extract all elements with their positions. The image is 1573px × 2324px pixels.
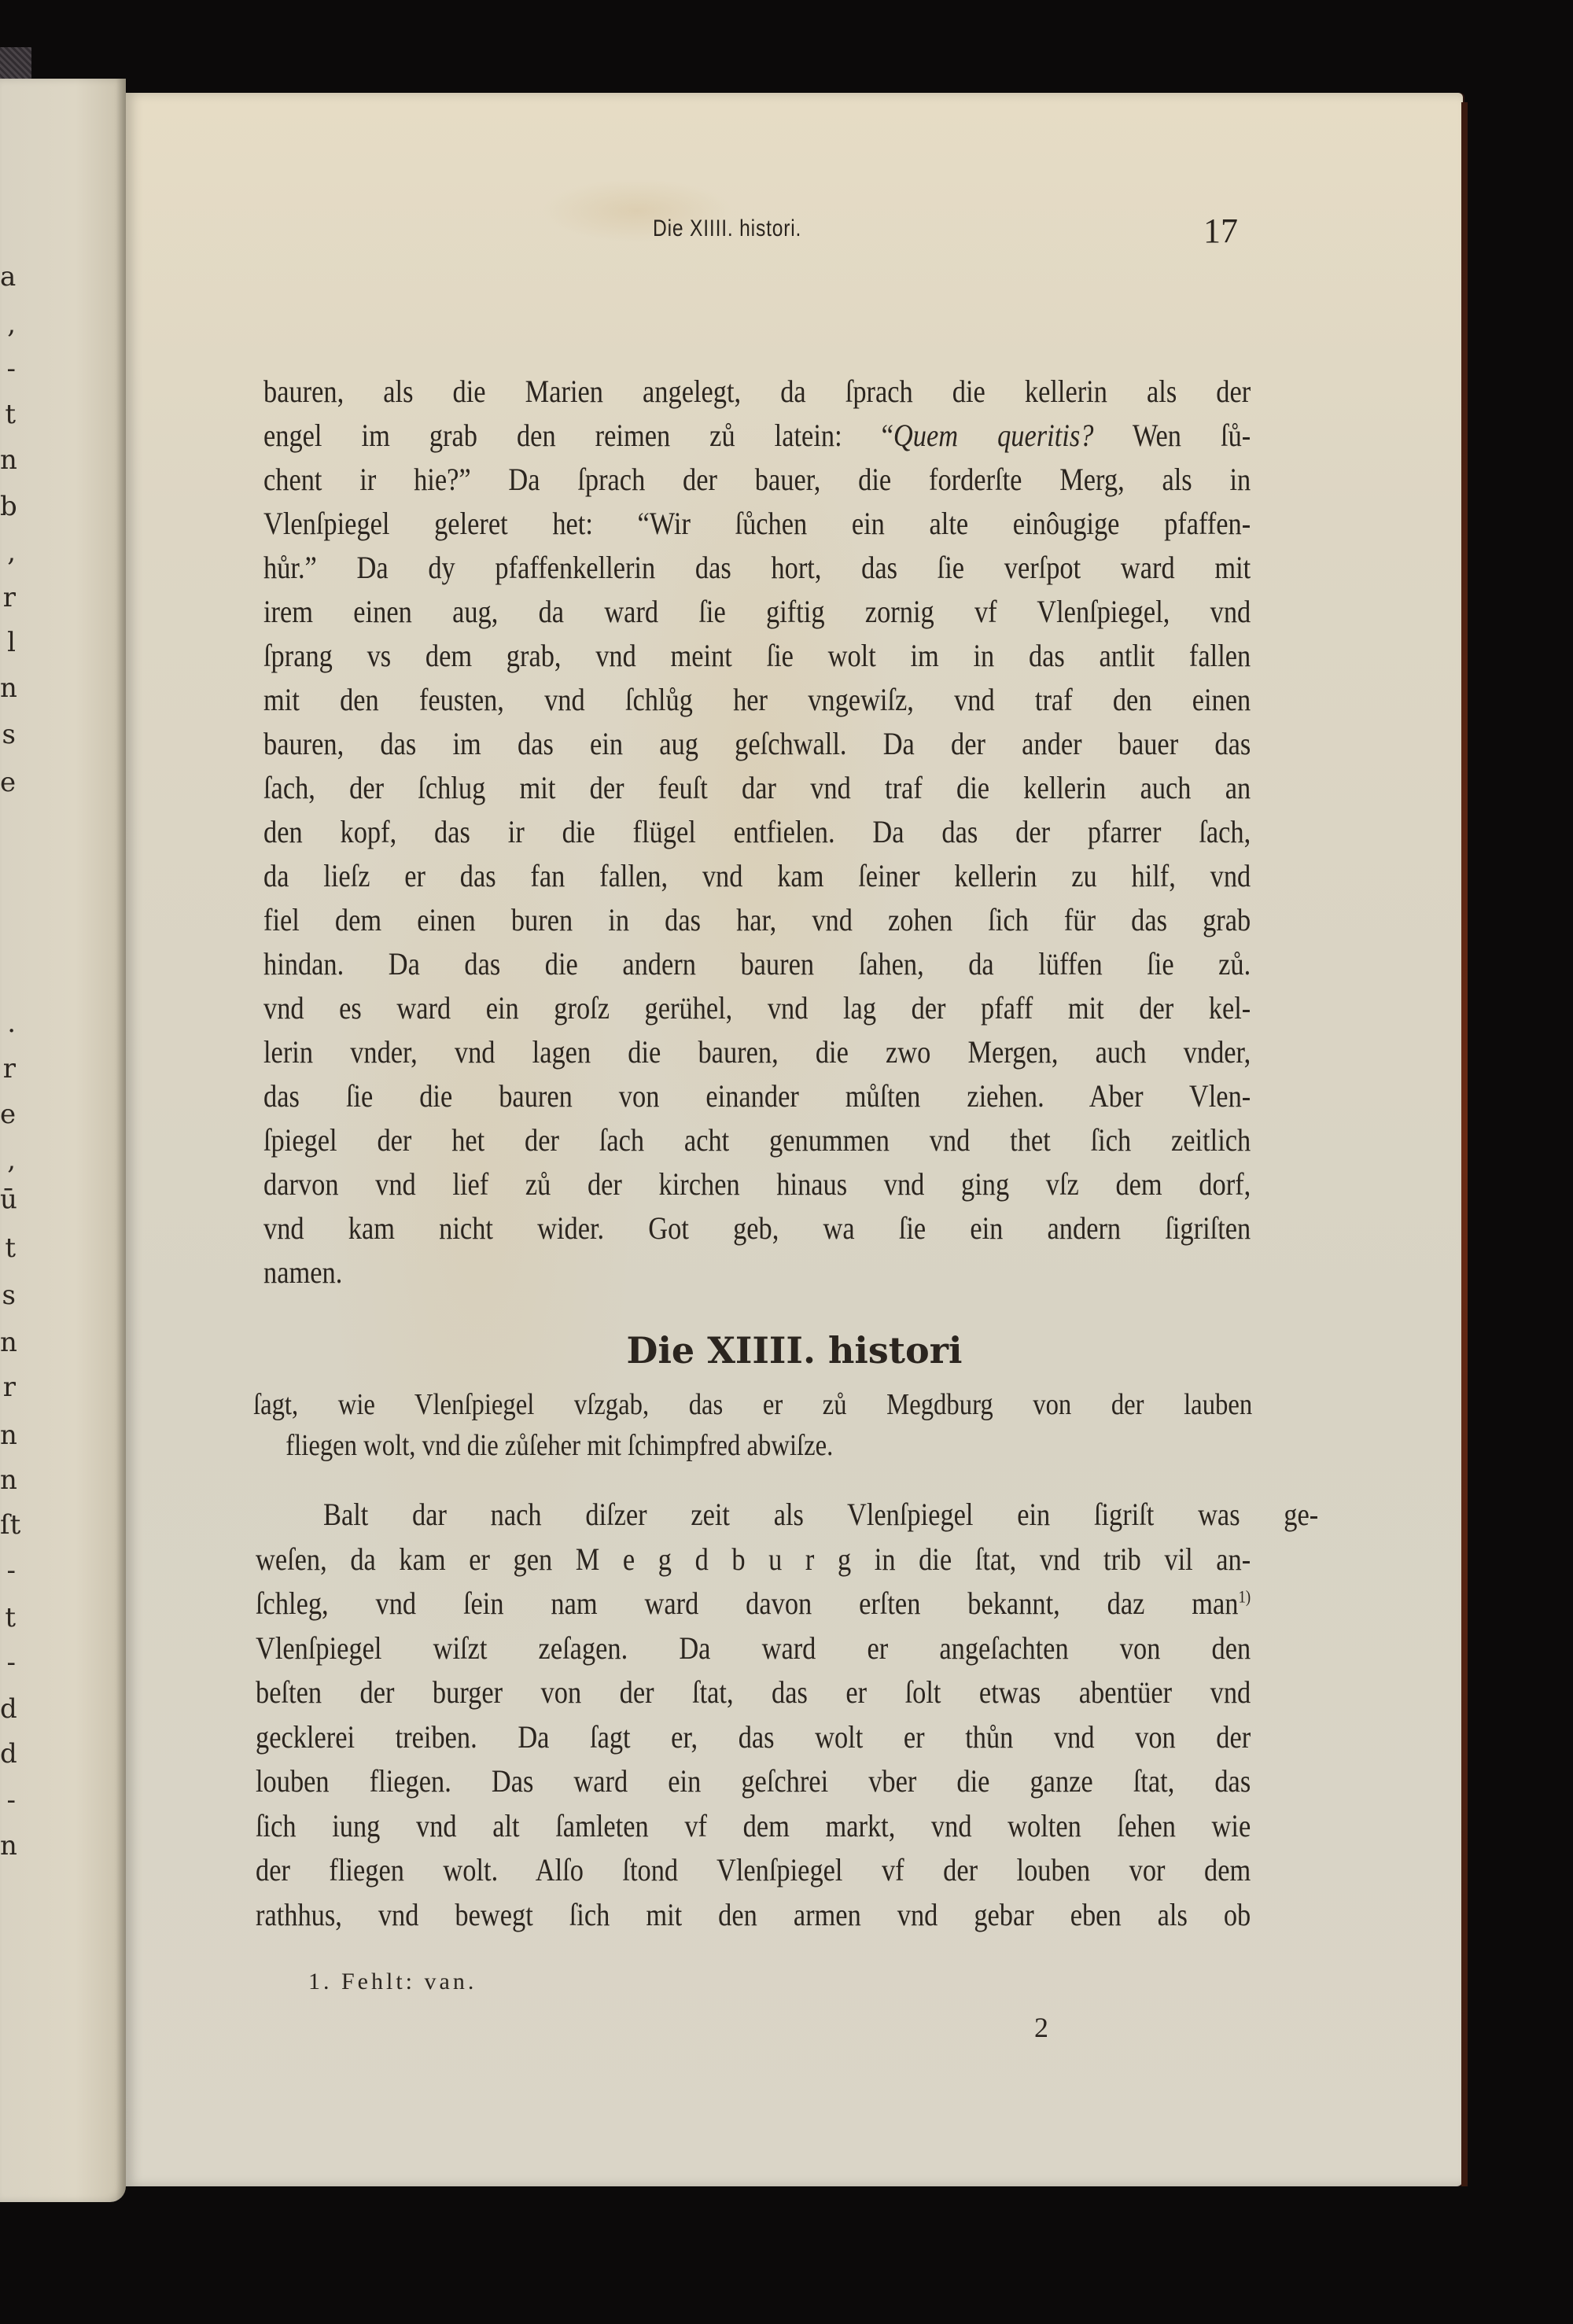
chapter-heading: Die XIIII. histori [126, 1329, 1463, 1372]
text-line: vnd es ward ein groſz gerühel, vnd lag d… [263, 986, 1251, 1030]
previous-page-fragment: r [0, 584, 16, 611]
footnote: 1. Fehlt: van. [308, 1969, 477, 1995]
previous-page-fragment: . [0, 1010, 16, 1037]
paragraph-2: Balt dar nach diſzer zeit als Vlenſpiege… [256, 1493, 1251, 1937]
previous-page-edge: a,-tnb,rlnse.re,ūtsnrnnſt-t-dd-n [0, 79, 126, 2202]
previous-page-fragment: n [0, 447, 16, 473]
previous-page-fragment: s [0, 721, 16, 748]
text-line: louben fliegen. Das ward ein geſchrei vb… [256, 1759, 1251, 1804]
text-line: mit den feusten, vnd ſchlůg her vngewiſz… [263, 678, 1251, 722]
text-line: namen. [263, 1250, 1251, 1295]
footnote-reference: 1) [1238, 1587, 1251, 1607]
text-line: der fliegen wolt. Alſo ſtond Vlenſpiegel… [256, 1848, 1251, 1893]
text-line: Vlenſpiegel geleret het: “Wir ſůchen ein… [263, 502, 1251, 546]
text-line: bauren, das im das ein aug geſchwall. Da… [263, 722, 1251, 766]
text-line-content: ſchleg, vnd ſein nam ward davon erſten b… [256, 1586, 1238, 1621]
text-line: ſpiegel der het der ſach acht genummen v… [263, 1118, 1251, 1162]
text-line: bauren, als die Marien angelegt, da ſpra… [263, 370, 1251, 414]
previous-page-fragment: t [0, 1235, 16, 1261]
text-line: ſchleg, vnd ſein nam ward davon erſten b… [256, 1582, 1251, 1626]
previous-page-fragment: ſt [0, 1512, 16, 1538]
text-line: vnd kam nicht wider. Got geb, wa ſie ein… [263, 1206, 1251, 1250]
summary-line: fliegen wolt, vnd die zůſeher mit ſchimp… [253, 1425, 1285, 1466]
page-edge [1461, 102, 1468, 2186]
text-line: lerin vnder, vnd lagen die bauren, die z… [263, 1030, 1251, 1074]
previous-page-fragment: t [0, 1604, 16, 1631]
text-line: den kopf, das ir die flügel entfielen. D… [263, 810, 1251, 854]
text-line: ſich iung vnd alt ſamleten vf dem markt,… [256, 1804, 1251, 1849]
previous-page-fragment: b [0, 493, 16, 520]
text-line: fiel dem einen buren in das har, vnd zoh… [263, 898, 1251, 942]
text-line: chent ir hie?” Da ſprach der bauer, die … [263, 458, 1251, 502]
previous-page-fragment: d [0, 1696, 16, 1722]
text-line: das ſie die bauren von einander můſten z… [263, 1074, 1251, 1118]
previous-page-fragment: t [0, 401, 16, 428]
text-line: rathhus, vnd bewegt ſich mit den armen v… [256, 1893, 1251, 1938]
previous-page-fragment: e [0, 1101, 16, 1128]
previous-page-fragment: n [0, 1467, 16, 1493]
text-line: hůr.” Da dy pfaffenkellerin das hort, da… [263, 546, 1251, 590]
previous-page-fragment: n [0, 1422, 16, 1449]
signature-mark: 2 [1034, 2011, 1048, 2044]
previous-page-fragment: e [0, 769, 16, 796]
text-line: ſprang vs dem grab, vnd meint ſie wolt i… [263, 634, 1251, 678]
text-line: irem einen aug, da ward ſie giftig zorni… [263, 590, 1251, 634]
text-line: engel im grab den reimen zů latein: “Que… [263, 414, 1251, 458]
previous-page-fragment: n [0, 1832, 16, 1859]
previous-page-fragment: s [0, 1282, 16, 1309]
previous-page-fragment: , [0, 311, 16, 337]
previous-page-fragment: - [0, 355, 16, 382]
previous-page-fragment: r [0, 1055, 16, 1082]
previous-page-fragment: a [0, 263, 16, 290]
running-head-title: Die XIIII. histori. [653, 215, 801, 242]
text-line: gecklerei treiben. Da ſagt er, das wolt … [256, 1715, 1251, 1760]
previous-page-fragment: r [0, 1374, 16, 1401]
previous-page-fragment: ū [0, 1186, 16, 1213]
text-line: beſten der burger von der ſtat, das er ſ… [256, 1670, 1251, 1715]
previous-page-fragment: n [0, 1329, 16, 1356]
previous-page-fragment: d [0, 1740, 16, 1767]
previous-page-fragment: n [0, 675, 16, 702]
chapter-summary: ſagt, wie Vlenſpiegel vſzgab, das er zů … [253, 1384, 1252, 1466]
page-number: 17 [1203, 211, 1238, 251]
text-line: Vlenſpiegel wiſzt zeſagen. Da ward er an… [256, 1626, 1251, 1671]
previous-page-fragment: l [0, 629, 16, 656]
paragraph-1: bauren, als die Marien angelegt, da ſpra… [263, 370, 1251, 1295]
latin-phrase: Quem queritis? [893, 418, 1093, 453]
previous-page-fragment: - [0, 1557, 16, 1584]
text-line: weſen, da kam er gen M e g d b u r g in … [256, 1538, 1251, 1582]
previous-page-fragment: - [0, 1649, 16, 1676]
previous-page-fragment: - [0, 1787, 16, 1814]
previous-page-fragment: , [0, 539, 16, 565]
text-line: ſach, der ſchlug mit der feuſt dar vnd t… [263, 766, 1251, 810]
text-line: da lieſz er das fan fallen, vnd kam ſein… [263, 854, 1251, 898]
text-line: hindan. Da das die andern bauren ſahen, … [263, 942, 1251, 986]
text-line: Balt dar nach diſzer zeit als Vlenſpiege… [256, 1493, 1318, 1538]
text-line: darvon vnd lief zů der kirchen hinaus vn… [263, 1162, 1251, 1206]
previous-page-fragment: , [0, 1147, 16, 1173]
summary-line: ſagt, wie Vlenſpiegel vſzgab, das er zů … [253, 1384, 1252, 1425]
